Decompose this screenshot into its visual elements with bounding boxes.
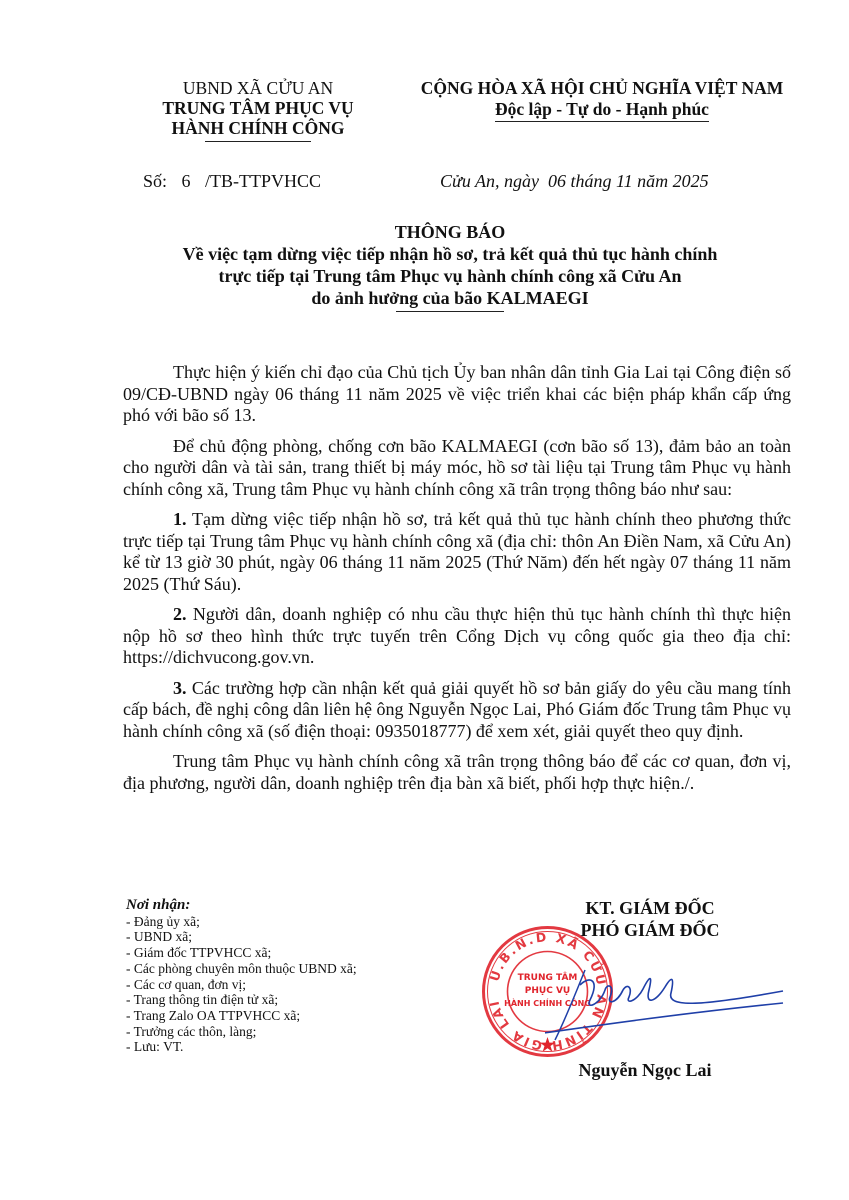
agency-underline [205,141,311,142]
document-body: Thực hiện ý kiến chỉ đạo của Chủ tịch Ủy… [123,362,791,803]
body-paragraph-directive: Thực hiện ý kiến chỉ đạo của Chủ tịch Ủy… [123,362,791,427]
doc-number-value: 6 [167,171,205,192]
signature-position: PHÓ GIÁM ĐỐC [520,919,780,941]
recipient-item: - Trưởng các thôn, làng; [126,1024,426,1040]
agency-name-line1: TRUNG TÂM PHỤC VỤ [118,98,398,118]
body-item-3: 3. Các trường hợp cần nhận kết quả giải … [123,678,791,743]
recipient-item: - Đảng ủy xã; [126,914,426,930]
recipients-list: Nơi nhận: - Đảng ủy xã; - UBND xã; - Giá… [126,898,426,1055]
body-item-1: 1. Tạm dừng việc tiếp nhận hồ sơ, trả kế… [123,509,791,595]
agency-parent: UBND XÃ CỬU AN [118,78,398,98]
recipient-item: - Lưu: VT. [126,1039,426,1055]
agency-name-line2: HÀNH CHÍNH CÔNG [118,118,398,138]
doc-number-prefix: Số: [143,171,167,191]
item-number: 3. [173,678,187,698]
national-heading-block: CỘNG HÒA XÃ HỘI CHỦ NGHĨA VIỆT NAM Độc l… [392,78,812,122]
recipient-item: - Giám đốc TTPVHCC xã; [126,945,426,961]
recipient-item: - Trang thông tin điện tử xã; [126,992,426,1008]
body-closing: Trung tâm Phục vụ hành chính công xã trâ… [123,751,791,794]
subject-line-1: Về việc tạm dừng việc tiếp nhận hồ sơ, t… [100,243,800,265]
item-text: Các trường hợp cần nhận kết quả giải quy… [123,678,791,741]
subject-line-2: trực tiếp tại Trung tâm Phục vụ hành chí… [100,265,800,287]
document-date: Cửu An, ngày 06 tháng 11 năm 2025 [440,171,709,192]
document-title-block: THÔNG BÁO Về việc tạm dừng việc tiếp nhậ… [100,221,800,312]
item-number: 2. [173,604,187,624]
document-type-heading: THÔNG BÁO [100,221,800,243]
title-underline [396,311,504,312]
recipient-item: - Trang Zalo OA TTPVHCC xã; [126,1008,426,1024]
recipient-item: - Các cơ quan, đơn vị; [126,977,426,993]
handwritten-signature [545,945,785,1055]
item-text: Người dân, doanh nghiệp có nhu cầu thực … [123,604,791,667]
document-number: Số:6/TB-TTPVHCC [143,171,321,192]
national-title: CỘNG HÒA XÃ HỘI CHỦ NGHĨA VIỆT NAM [392,78,812,99]
issuing-agency-block: UBND XÃ CỬU AN TRUNG TÂM PHỤC VỤ HÀNH CH… [118,78,398,142]
item-text: Tạm dừng việc tiếp nhận hồ sơ, trả kết q… [123,509,791,594]
national-motto: Độc lập - Tự do - Hạnh phúc [495,99,709,122]
item-number: 1. [173,509,187,529]
signer-name: Nguyễn Ngọc Lai [520,1060,770,1081]
body-item-2: 2. Người dân, doanh nghiệp có nhu cầu th… [123,604,791,669]
signature-authority: KT. GIÁM ĐỐC [520,897,780,919]
recipients-heading: Nơi nhận: [126,898,426,914]
signature-title-block: KT. GIÁM ĐỐC PHÓ GIÁM ĐỐC [520,897,780,941]
recipient-item: - UBND xã; [126,929,426,945]
doc-number-suffix: /TB-TTPVHCC [205,171,321,191]
subject-line-3: do ảnh hưởng của bão KALMAEGI [100,287,800,309]
recipient-item: - Các phòng chuyên môn thuộc UBND xã; [126,961,426,977]
body-paragraph-purpose: Để chủ động phòng, chống cơn bão KALMAEG… [123,436,791,501]
